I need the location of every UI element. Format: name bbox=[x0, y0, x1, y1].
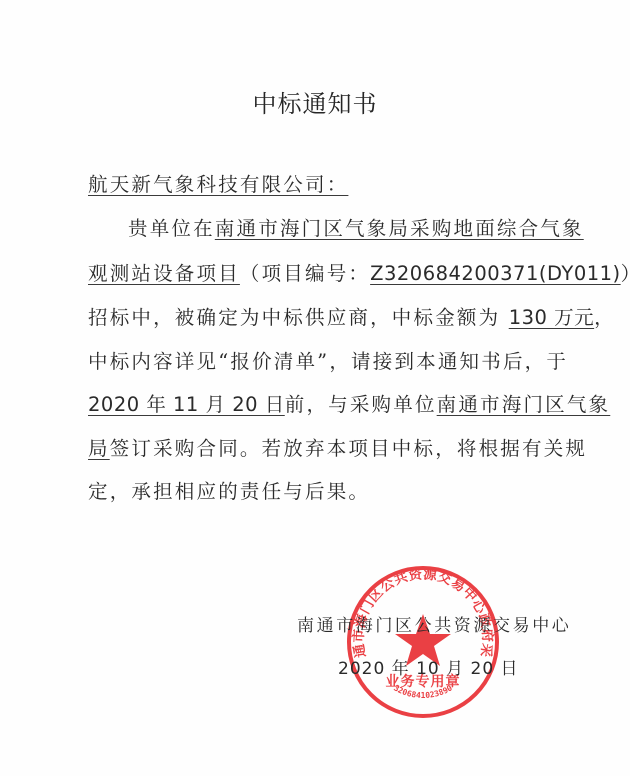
body-line-2: 观测站设备项目（项目编号：Z320684200371(DY011)） bbox=[88, 261, 630, 287]
project-number: Z320684200371(DY011) bbox=[370, 262, 621, 285]
notice-document: 中标通知书 航天新气象科技有限公司： 贵单位在南通市海门区气象局采购地面综合气象… bbox=[0, 0, 630, 776]
body-text: 定，承担相应的责任与后果。 bbox=[88, 480, 370, 503]
body-line-7: 定，承担相应的责任与后果。 bbox=[88, 479, 370, 505]
body-text: ， bbox=[594, 306, 616, 329]
body-text: 签订采购合同。若放弃本项目中标，将根据有关规 bbox=[110, 437, 587, 460]
body-text: 前，与采购单位 bbox=[285, 393, 437, 416]
issue-date: 2020 年 10 月 20 日 bbox=[338, 654, 519, 679]
close-paren: ） bbox=[621, 262, 630, 285]
contract-deadline: 2020 年 11 月 20 日 bbox=[88, 393, 285, 416]
body-line-3: 招标中，被确定为中标供应商，中标金额为 130 万元， bbox=[88, 305, 616, 331]
buyer-name-tail: 局 bbox=[88, 437, 110, 460]
document-title: 中标通知书 bbox=[0, 84, 630, 119]
body-line-6: 局签订采购合同。若放弃本项目中标，将根据有关规 bbox=[88, 436, 587, 462]
body-line-5: 2020 年 11 月 20 日前，与采购单位南通市海门区气象 bbox=[88, 392, 610, 418]
body-text: 中标内容详见“报价清单”，请接到本通知书后，于 bbox=[88, 350, 568, 373]
buyer-project-name: 南通市海门区气象局采购地面综合气象 bbox=[215, 217, 584, 240]
project-number-label: （项目编号： bbox=[240, 262, 370, 285]
buyer-project-name-tail: 观测站设备项目 bbox=[88, 262, 240, 285]
award-amount: 130 万元 bbox=[509, 306, 594, 329]
body-line-1: 贵单位在南通市海门区气象局采购地面综合气象 bbox=[128, 216, 584, 242]
recipient-company: 航天新气象科技有限公司： bbox=[88, 172, 348, 198]
issuer-name: 南通市海门区公共资源交易中心 bbox=[297, 611, 571, 636]
body-text: 贵单位在 bbox=[128, 217, 215, 240]
body-line-4: 中标内容详见“报价清单”，请接到本通知书后，于 bbox=[88, 349, 568, 375]
official-seal-stamp-icon: 南通市海门区公共资源交易中心政府采购 业务专用章 3206841023890 bbox=[343, 562, 503, 722]
buyer-name: 南通市海门区气象 bbox=[437, 393, 611, 416]
body-text: 招标中，被确定为中标供应商，中标金额为 bbox=[88, 306, 500, 329]
